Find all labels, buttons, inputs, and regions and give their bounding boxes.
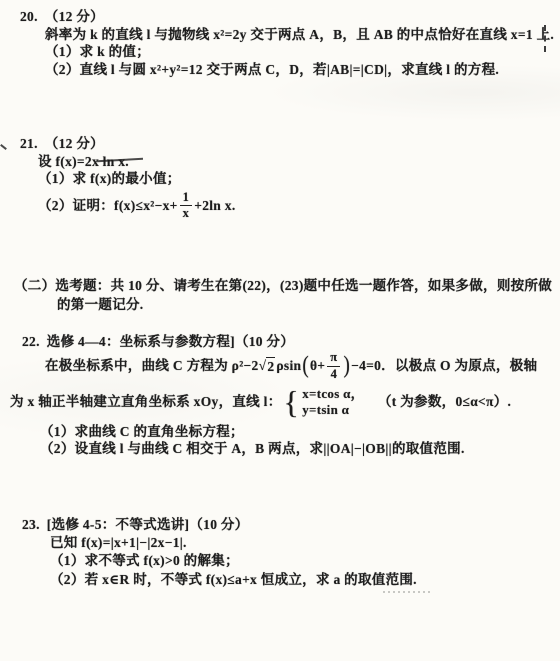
question-20-number: 20.	[20, 9, 38, 24]
parametric-eq-y: y=tsin α	[302, 402, 364, 418]
open-paren: (	[302, 355, 309, 377]
system-brace: {	[284, 386, 300, 418]
question-22-part2: （2）设直线 l 与曲线 C 相交于 A，B 两点，求||OA|−|OB||的取…	[0, 440, 560, 458]
question-21-part2: （2）证明：f(x)≤x²−x+ 1 x +2ln x.	[0, 188, 560, 224]
sqrt-argument: 2	[266, 357, 275, 376]
question-22-intro-mid: ρsin	[276, 357, 301, 375]
question-22-title: 选修 4—4：坐标系与参数方程]（10 分）	[47, 334, 294, 349]
question-23-number: 23.	[22, 517, 40, 532]
question-20-intro: 斜率为 k 的直线 l 与抛物线 x²=2y 交于两点 A，B，且 AB 的中点…	[0, 26, 560, 44]
fraction-numerator: π	[327, 351, 340, 366]
question-23-title: [选修 4-5：不等式选讲]（10 分）	[47, 517, 249, 532]
question-23: 23.[选修 4-5：不等式选讲]（10 分） 已知 f(x)=|x+1|−|2…	[0, 516, 560, 589]
question-23-header: 23.[选修 4-5：不等式选讲]（10 分）	[0, 516, 560, 534]
parametric-system: x=tcos α， y=tsin α	[302, 386, 364, 418]
question-23-setup: 已知 f(x)=|x+1|−|2x−1|.	[0, 534, 560, 553]
section-two-line2: 的第一题记分.	[0, 296, 560, 315]
question-21-header: 21.（12 分）	[0, 135, 560, 153]
question-22-header: 22.选修 4—4：坐标系与参数方程]（10 分）	[0, 333, 560, 351]
question-21-part2-suffix: +2ln x.	[194, 197, 235, 215]
question-22-intro-tail: −4=0．以极点 O 为原点，极轴	[351, 357, 537, 375]
question-21: 21.（12 分） 设 f(x)=2x ln x. （1）求 f(x)的最小值；…	[0, 135, 560, 224]
close-paren: )	[343, 355, 350, 377]
question-22-part1: （1）求曲线 C 的直角坐标方程；	[0, 423, 560, 441]
question-22-intro-pre: 在极坐标系中，曲线 C 方程为 ρ²−2√	[45, 357, 266, 375]
question-23-part2: （2）若 x∈R 时，不等式 f(x)≤a+x 恒成立，求 a 的取值范围.	[0, 571, 560, 590]
section-two-line1: （二）选考题：共 10 分、请考生在第(22)，(23)题中任选一题作答，如果多…	[0, 277, 560, 296]
fraction-one-over-x: 1 x	[180, 191, 193, 220]
theta-term: θ+	[310, 357, 325, 375]
question-20: 20.（12 分） 斜率为 k 的直线 l 与抛物线 x²=2y 交于两点 A，…	[0, 8, 560, 78]
question-23-part1: （1）求不等式 f(x)>0 的解集；	[0, 552, 560, 571]
fraction-denominator: 4	[331, 367, 338, 381]
fraction-numerator: 1	[180, 191, 193, 206]
parametric-eq-x: x=tcos α，	[302, 386, 364, 402]
scan-artifact-dashed-mark	[544, 25, 546, 52]
question-21-part2-prefix: （2）证明：f(x)≤x²−x+	[38, 197, 178, 215]
fraction-denominator: x	[183, 206, 190, 220]
question-20-part1: （1）求 k 的值；	[0, 43, 560, 61]
question-22-intro: 在极坐标系中，曲线 C 方程为 ρ²−2√2ρsin ( θ+ π 4 ) −4…	[0, 351, 560, 382]
question-21-setup: 设 f(x)=2x ln x.	[0, 153, 560, 171]
question-21-points: （12 分）	[45, 136, 104, 151]
question-22-number: 22.	[22, 334, 40, 349]
scan-artifact-smudge	[383, 591, 431, 593]
question-22-parametric-line: 为 x 轴正半轴建立直角坐标系 xOy，直线 l： { x=tcos α， y=…	[0, 382, 560, 423]
question-21-number: 21.	[20, 136, 38, 151]
question-22: 22.选修 4—4：坐标系与参数方程]（10 分） 在极坐标系中，曲线 C 方程…	[0, 333, 560, 458]
question-20-part2: （2）直线 l 与圆 x²+y²=12 交于两点 C，D，若|AB|=|CD|，…	[0, 61, 560, 79]
question-21-part1: （1）求 f(x)的最小值；	[0, 170, 560, 188]
parameter-note: （t 为参数，0≤α<π）.	[378, 393, 511, 411]
section-two-header: （二）选考题：共 10 分、请考生在第(22)，(23)题中任选一题作答，如果多…	[0, 277, 560, 314]
question-20-header: 20.（12 分）	[0, 8, 560, 26]
fraction-pi-over-4: π 4	[327, 351, 340, 380]
exam-page: 20.（12 分） 斜率为 k 的直线 l 与抛物线 x²=2y 交于两点 A，…	[0, 0, 560, 661]
question-22-line2-pre: 为 x 轴正半轴建立直角坐标系 xOy，直线 l：	[10, 393, 282, 411]
question-20-points: （12 分）	[45, 9, 104, 24]
